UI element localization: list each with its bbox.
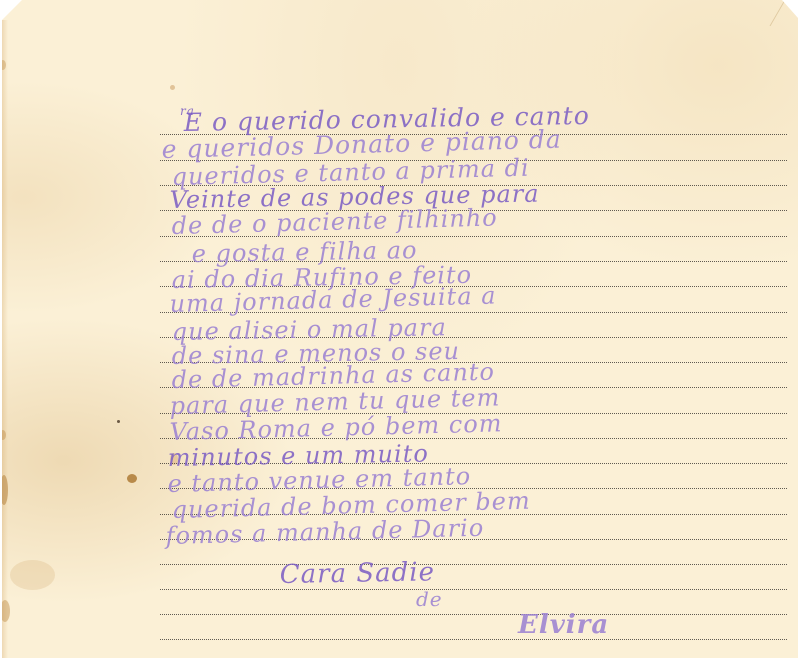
rule-line <box>160 639 787 640</box>
ink-stain <box>127 474 137 483</box>
paper-edge-stain <box>0 20 8 658</box>
letter-paper: ra E o querido convalido e canto e queri… <box>0 0 798 658</box>
signature: Elvira <box>518 610 609 640</box>
handwriting-line: de <box>416 587 443 611</box>
handwriting-line: Cara Sadie <box>279 557 435 590</box>
rule-line <box>160 589 787 590</box>
rule-line <box>160 614 787 615</box>
age-stain <box>0 60 6 70</box>
ink-dot <box>117 420 120 423</box>
rule-line <box>160 564 787 565</box>
age-stain <box>0 430 6 440</box>
age-stain <box>0 475 8 505</box>
age-stain <box>0 600 10 622</box>
age-stain <box>10 560 55 590</box>
